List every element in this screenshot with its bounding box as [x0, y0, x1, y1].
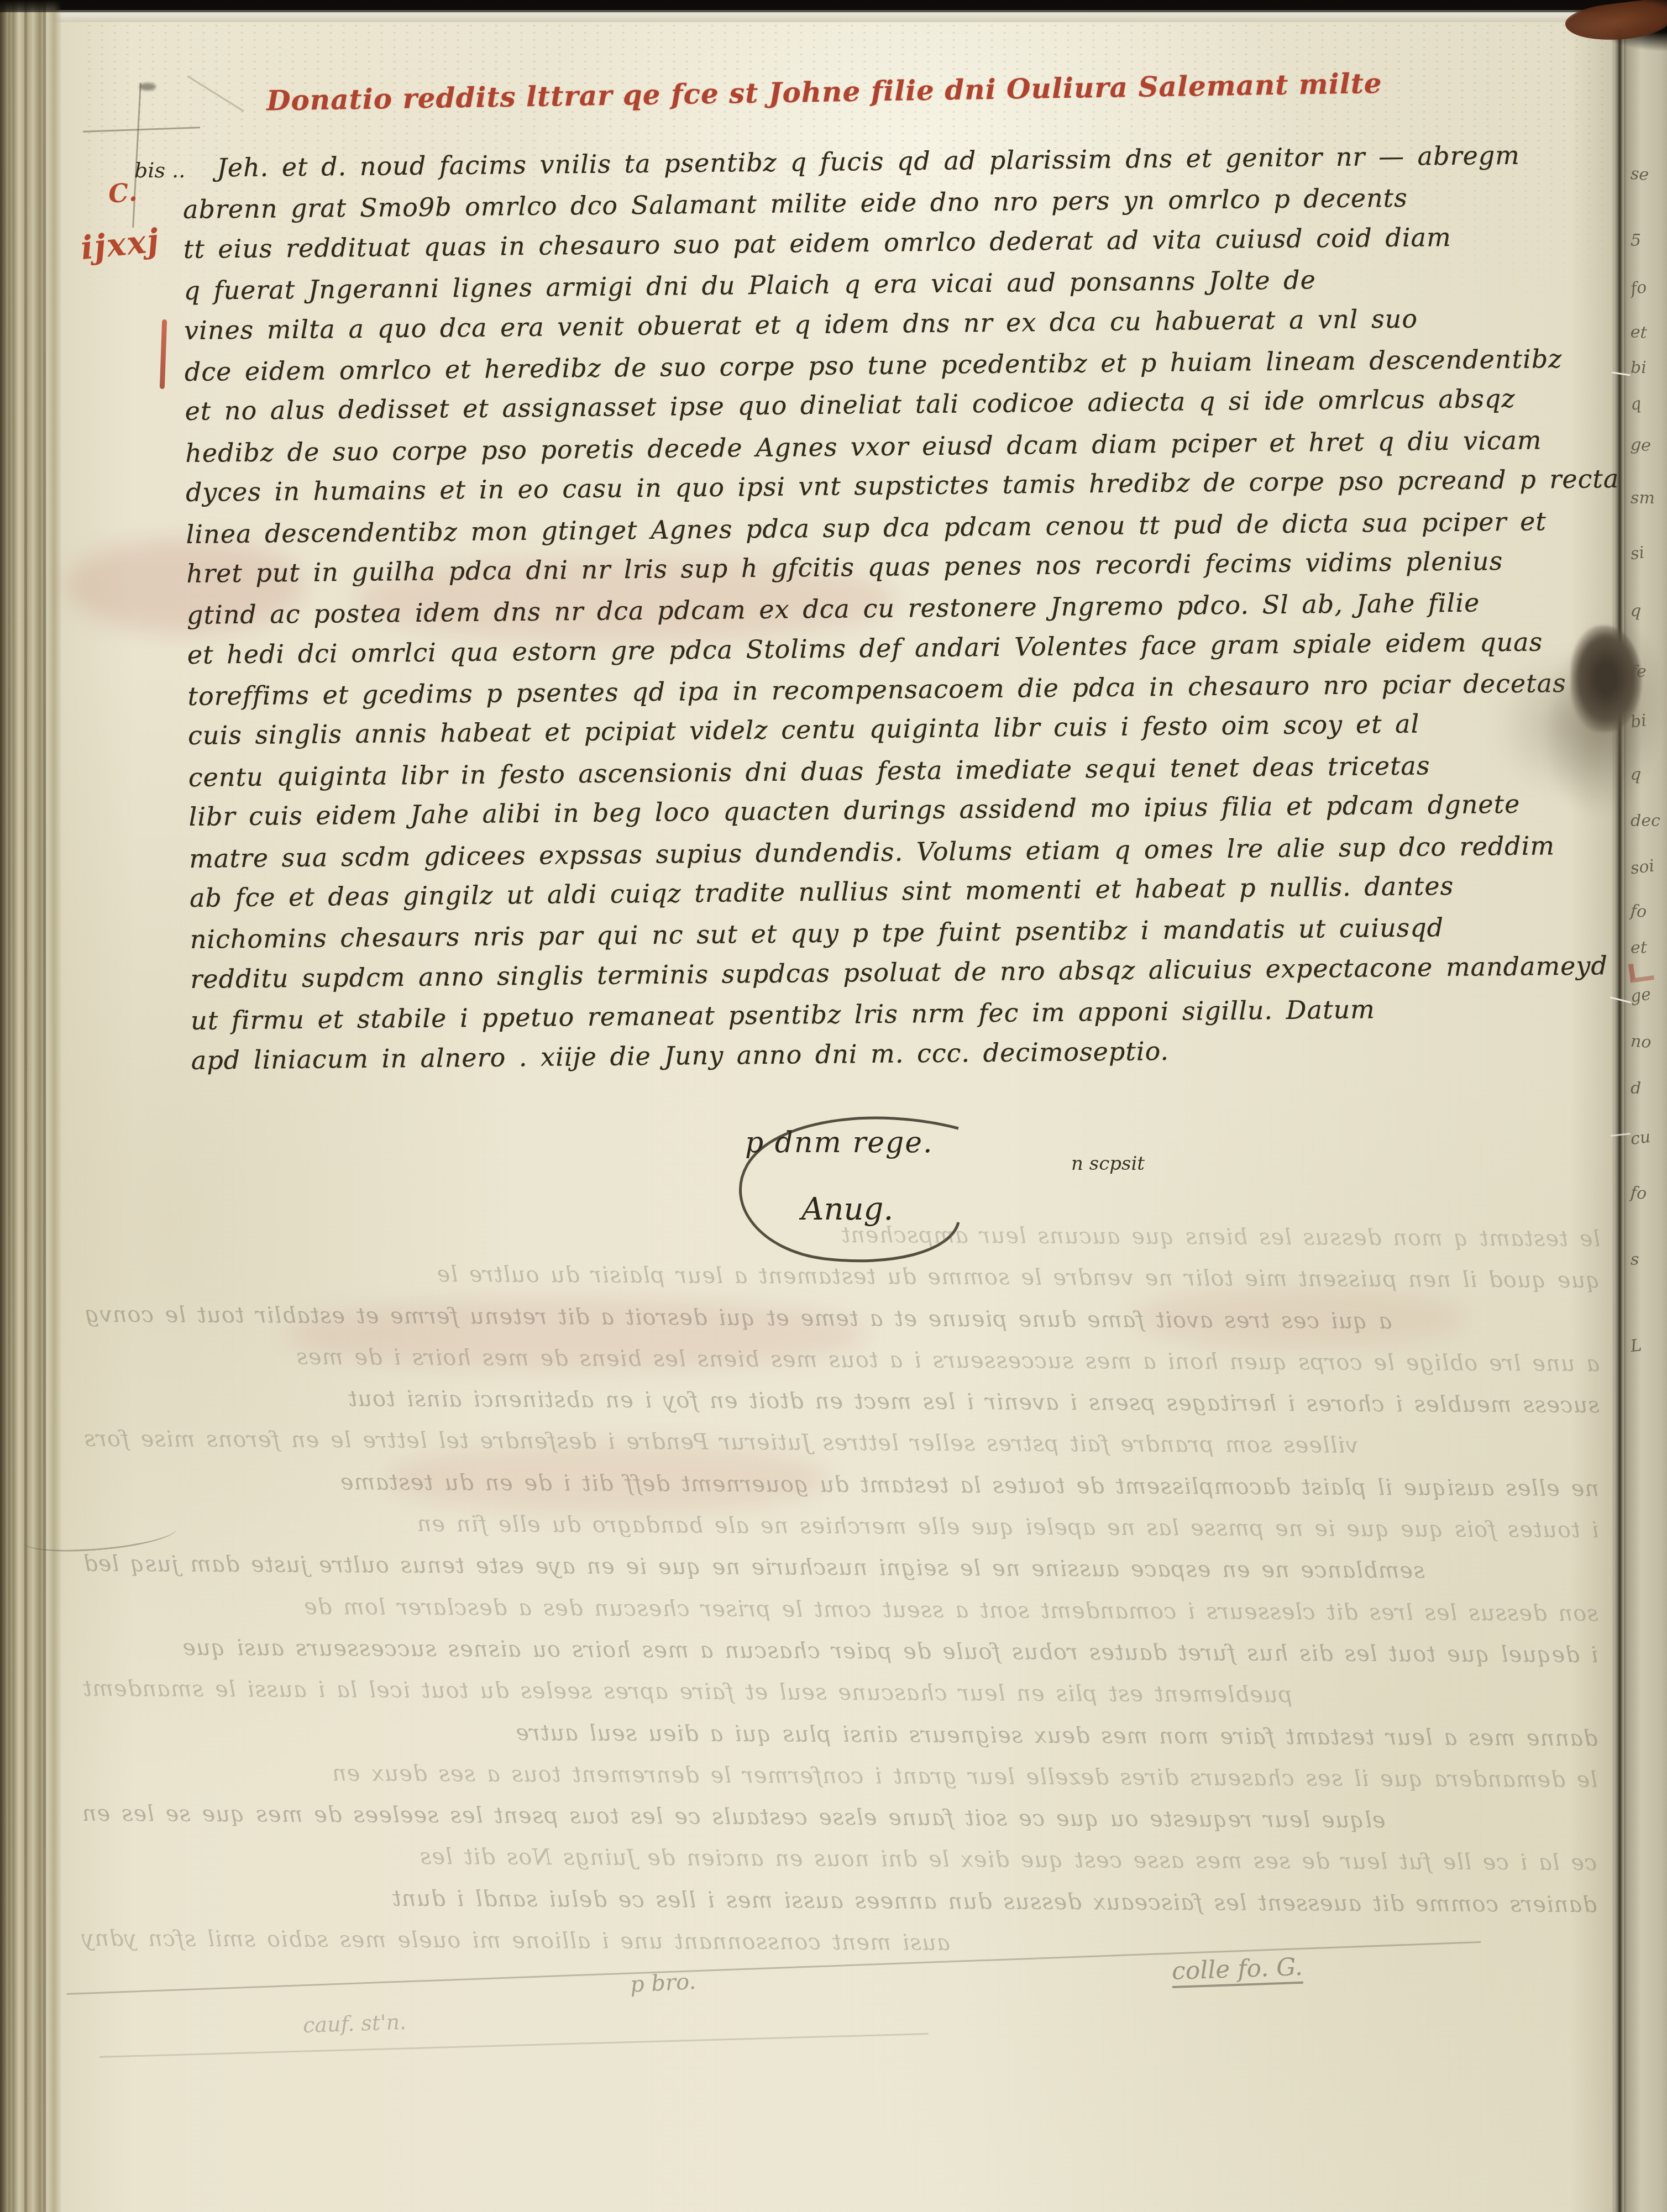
charter-text-block: Jeh. et d. noud facims vnilis ta psentib…: [182, 134, 1626, 1087]
bleedthrough-line: pueblement est plis en leur chascune seu…: [82, 1668, 1598, 1718]
bleedthrough-line: ausi ment conssonnant une i allione mi o…: [81, 1918, 1596, 1968]
bleedthrough-line: le demandera que il ses chaseurs dires d…: [82, 1752, 1597, 1801]
edge-text-fragment: ge: [1629, 985, 1652, 1006]
manuscript-photo: se5foetbiqgesmsiqfebiqdecsoifoetgenodcuf…: [0, 0, 1667, 2212]
ink-speck: [139, 83, 156, 91]
subscription-per-dominum-regem: p dnm rege.: [745, 1126, 934, 1159]
edge-text-fragment: s: [1631, 1250, 1639, 1269]
footer-note-left: cauf. st'n.: [302, 2010, 406, 2038]
bleedthrough-line: i toutes fois que que ie ne pmsse las ne…: [83, 1502, 1598, 1552]
bleedthrough-line: daniers comme dit auessent les faisceaux…: [81, 1877, 1597, 1926]
edge-red-mark: [1628, 961, 1654, 983]
edge-text-fragment: fo: [1630, 1183, 1648, 1204]
edge-text-fragment: no: [1630, 1032, 1652, 1053]
bleedthrough-line: sucess meubles i chores i heritages psen…: [84, 1377, 1600, 1427]
edge-text-fragment: d: [1631, 1079, 1641, 1098]
photo-background-top: [0, 0, 1667, 12]
bleedthrough-line: le testamt q mon dessus les biens que au…: [85, 1211, 1600, 1260]
gutter-ridge: [8, 0, 11, 2212]
bleedthrough-line: a qui ces tres avoit fame dune pieune et…: [84, 1294, 1600, 1343]
bleedthrough-line: i dequel que tout les dis hus furet daut…: [82, 1627, 1598, 1677]
bleedthrough-line: ce la i ce lle fut leur de ses mes asse …: [81, 1835, 1597, 1884]
edge-text-fragment: soi: [1629, 857, 1655, 879]
folio-mark-c: C.: [107, 177, 138, 209]
margin-note-bis: bis ..: [134, 158, 185, 182]
subscription-note: n scpsit: [1071, 1153, 1145, 1175]
edge-text-fragment: ge: [1630, 435, 1652, 455]
bleedthrough-line: villees som prandre fait pstres seller l…: [83, 1418, 1599, 1468]
edge-text-fragment: se: [1630, 164, 1650, 185]
bleedthrough-text-block: le testamt q mon dessus les biens que au…: [81, 1211, 1600, 1968]
footer-note-collation: colle fo. G.: [1171, 1953, 1303, 1985]
gutter-ridge: [24, 0, 27, 2212]
footer-note-center: p bro.: [630, 1969, 696, 1998]
edge-text-fragment: et: [1631, 938, 1647, 958]
edge-text-fragment: si: [1629, 543, 1645, 564]
edge-text-fragment: 5: [1631, 231, 1641, 250]
bleedthrough-line: ne elles ausique il plaist dacomplissemt…: [83, 1460, 1599, 1510]
edge-text-fragment: sm: [1631, 488, 1655, 508]
edge-text-fragment: fo: [1629, 277, 1648, 298]
edge-text-fragment: bi: [1631, 358, 1647, 377]
edge-text-fragment: cu: [1629, 1127, 1652, 1149]
bleedthrough-line: danne mes a leur testamt faire mon mes d…: [82, 1710, 1597, 1759]
gutter-ridge: [43, 0, 46, 2212]
bleedthrough-line: a une lre oblige le corps quen honi a me…: [84, 1336, 1600, 1385]
bleedthrough-line: semblance ne en espace aussine ne le sei…: [83, 1543, 1598, 1593]
edge-text-fragment: et: [1630, 322, 1648, 343]
bleedthrough-line: son dessus les lres dit clesseurs i coma…: [83, 1585, 1598, 1635]
edge-text-fragment: q: [1629, 394, 1642, 414]
bleedthrough-line: que quod il nen puissent mie tolir ne ve…: [85, 1252, 1600, 1302]
bleedthrough-line: elque leur requeste ou que ce soit faune…: [82, 1793, 1597, 1843]
edge-text-fragment: fo: [1630, 901, 1648, 922]
edge-text-fragment: dec: [1631, 811, 1660, 831]
edge-text-fragment: L: [1629, 1336, 1643, 1356]
